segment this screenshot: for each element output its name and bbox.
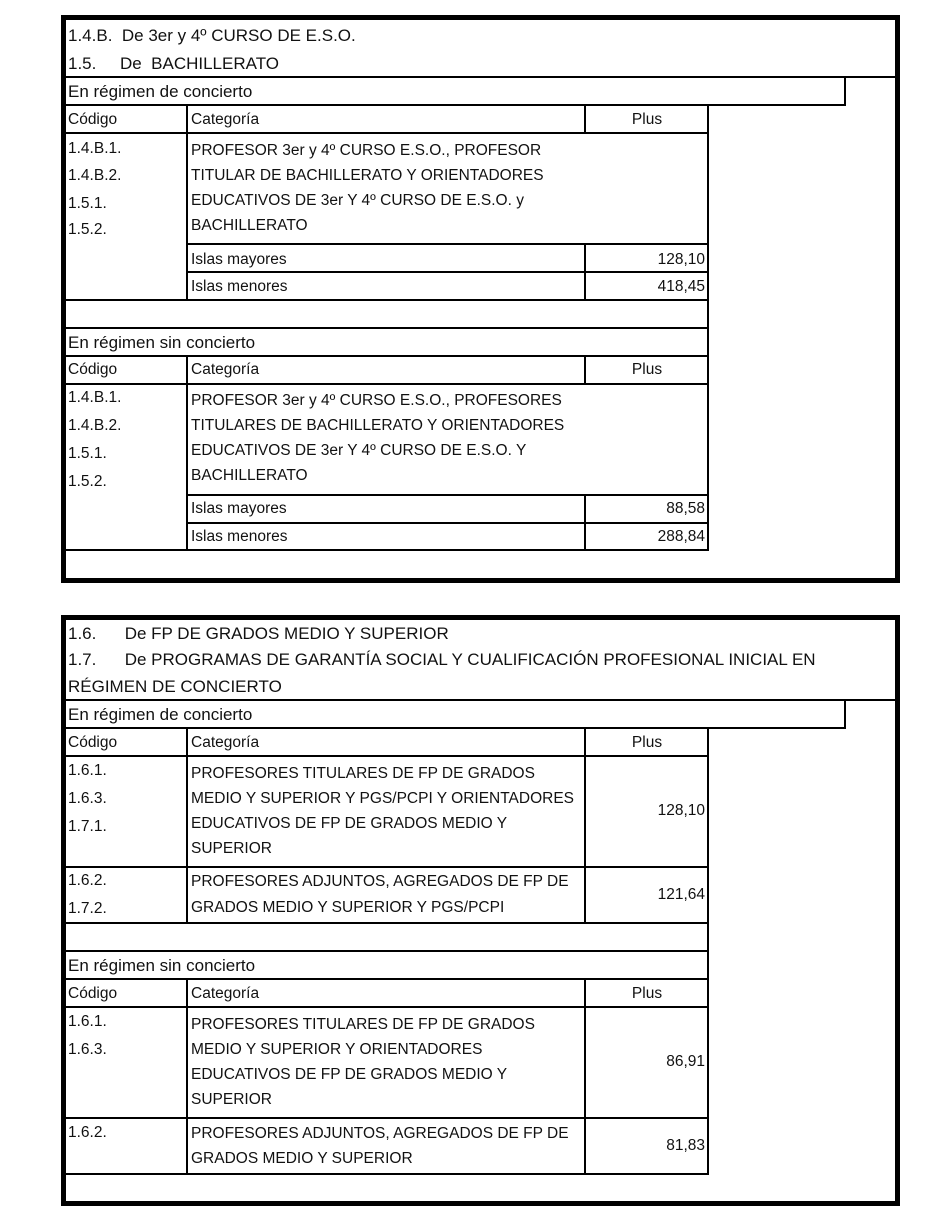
header-category: Categoría (191, 362, 259, 378)
code-cell: 1.6.1. (68, 763, 107, 779)
category-cell: PROFESOR 3er y 4º CURSO E.S.O., PROFESOR… (191, 393, 562, 409)
header-code: Código (68, 362, 117, 378)
category-cell: SUPERIOR (191, 841, 272, 857)
code-cell: 1.6.3. (68, 791, 107, 807)
category-cell: GRADOS MEDIO Y SUPERIOR (191, 1151, 413, 1167)
code-cell: 1.4.B.2. (68, 168, 121, 184)
code-cell: 1.6.1. (68, 1014, 107, 1030)
section-1-heading-line-2: 1.5. De BACHILLERATO (68, 55, 279, 72)
code-cell: 1.4.B.1. (68, 141, 121, 157)
header-category: Categoría (191, 735, 259, 751)
category-cell: PROFESORES ADJUNTOS, AGREGADOS DE FP DE (191, 1126, 569, 1142)
category-cell: EDUCATIVOS DE 3er Y 4º CURSO DE E.S.O. Y (191, 443, 526, 459)
header-category: Categoría (191, 986, 259, 1002)
category-cell: MEDIO Y SUPERIOR Y ORIENTADORES (191, 1042, 482, 1058)
row-plus: 128,10 (586, 803, 705, 819)
code-cell: 1.5.1. (68, 196, 107, 212)
concierto-title: En régimen de concierto (68, 706, 252, 723)
row-label: Islas menores (191, 279, 287, 295)
category-cell: BACHILLERATO (191, 468, 308, 484)
section-1-heading-line-1: 1.4.B. De 3er y 4º CURSO DE E.S.O. (68, 27, 356, 44)
code-cell: 1.5.2. (68, 474, 107, 490)
category-cell: EDUCATIVOS DE FP DE GRADOS MEDIO Y (191, 816, 507, 832)
sin-concierto-title: En régimen sin concierto (68, 334, 255, 351)
category-cell: PROFESORES TITULARES DE FP DE GRADOS (191, 766, 535, 782)
row-plus: 88,58 (586, 501, 705, 517)
row-label: Islas mayores (191, 501, 287, 517)
category-cell: MEDIO Y SUPERIOR Y PGS/PCPI Y ORIENTADOR… (191, 791, 574, 807)
code-cell: 1.4.B.2. (68, 418, 121, 434)
category-cell: EDUCATIVOS DE 3er Y 4º CURSO DE E.S.O. y (191, 193, 524, 209)
code-cell: 1.5.1. (68, 446, 107, 462)
row-label: Islas menores (191, 529, 287, 545)
header-code: Código (68, 986, 117, 1002)
category-cell: GRADOS MEDIO Y SUPERIOR Y PGS/PCPI (191, 900, 504, 916)
category-cell: PROFESORES TITULARES DE FP DE GRADOS (191, 1017, 535, 1033)
section-2-heading-line-1: 1.6. De FP DE GRADOS MEDIO Y SUPERIOR (68, 625, 449, 642)
row-plus: 81,83 (586, 1138, 705, 1154)
category-cell: PROFESORES ADJUNTOS, AGREGADOS DE FP DE (191, 874, 569, 890)
section-2-heading-line-2: 1.7. De PROGRAMAS DE GARANTÍA SOCIAL Y C… (68, 651, 816, 668)
code-cell: 1.4.B.1. (68, 390, 121, 406)
code-cell: 1.6.2. (68, 873, 107, 889)
row-plus: 121,64 (586, 887, 705, 903)
code-cell: 1.5.2. (68, 222, 107, 238)
row-plus: 288,84 (586, 529, 705, 545)
category-cell: BACHILLERATO (191, 218, 308, 234)
sin-concierto-title: En régimen sin concierto (68, 957, 255, 974)
header-code: Código (68, 112, 117, 128)
header-plus: Plus (586, 735, 708, 751)
header-plus: Plus (586, 362, 708, 378)
code-cell: 1.7.2. (68, 901, 107, 917)
row-plus: 86,91 (586, 1054, 705, 1070)
code-cell: 1.6.3. (68, 1042, 107, 1058)
concierto-title: En régimen de concierto (68, 83, 252, 100)
header-code: Código (68, 735, 117, 751)
header-category: Categoría (191, 112, 259, 128)
row-plus: 128,10 (586, 252, 705, 268)
category-cell: TITULARES DE BACHILLERATO Y ORIENTADORES (191, 418, 564, 434)
code-cell: 1.6.2. (68, 1125, 107, 1141)
category-cell: SUPERIOR (191, 1092, 272, 1108)
row-plus: 418,45 (586, 279, 705, 295)
row-label: Islas mayores (191, 252, 287, 268)
category-cell: PROFESOR 3er y 4º CURSO E.S.O., PROFESOR (191, 143, 541, 159)
header-plus: Plus (586, 986, 708, 1002)
category-cell: EDUCATIVOS DE FP DE GRADOS MEDIO Y (191, 1067, 507, 1083)
header-plus: Plus (586, 112, 708, 128)
category-cell: TITULAR DE BACHILLERATO Y ORIENTADORES (191, 168, 544, 184)
section-2-heading-line-3: RÉGIMEN DE CONCIERTO (68, 678, 282, 695)
code-cell: 1.7.1. (68, 819, 107, 835)
